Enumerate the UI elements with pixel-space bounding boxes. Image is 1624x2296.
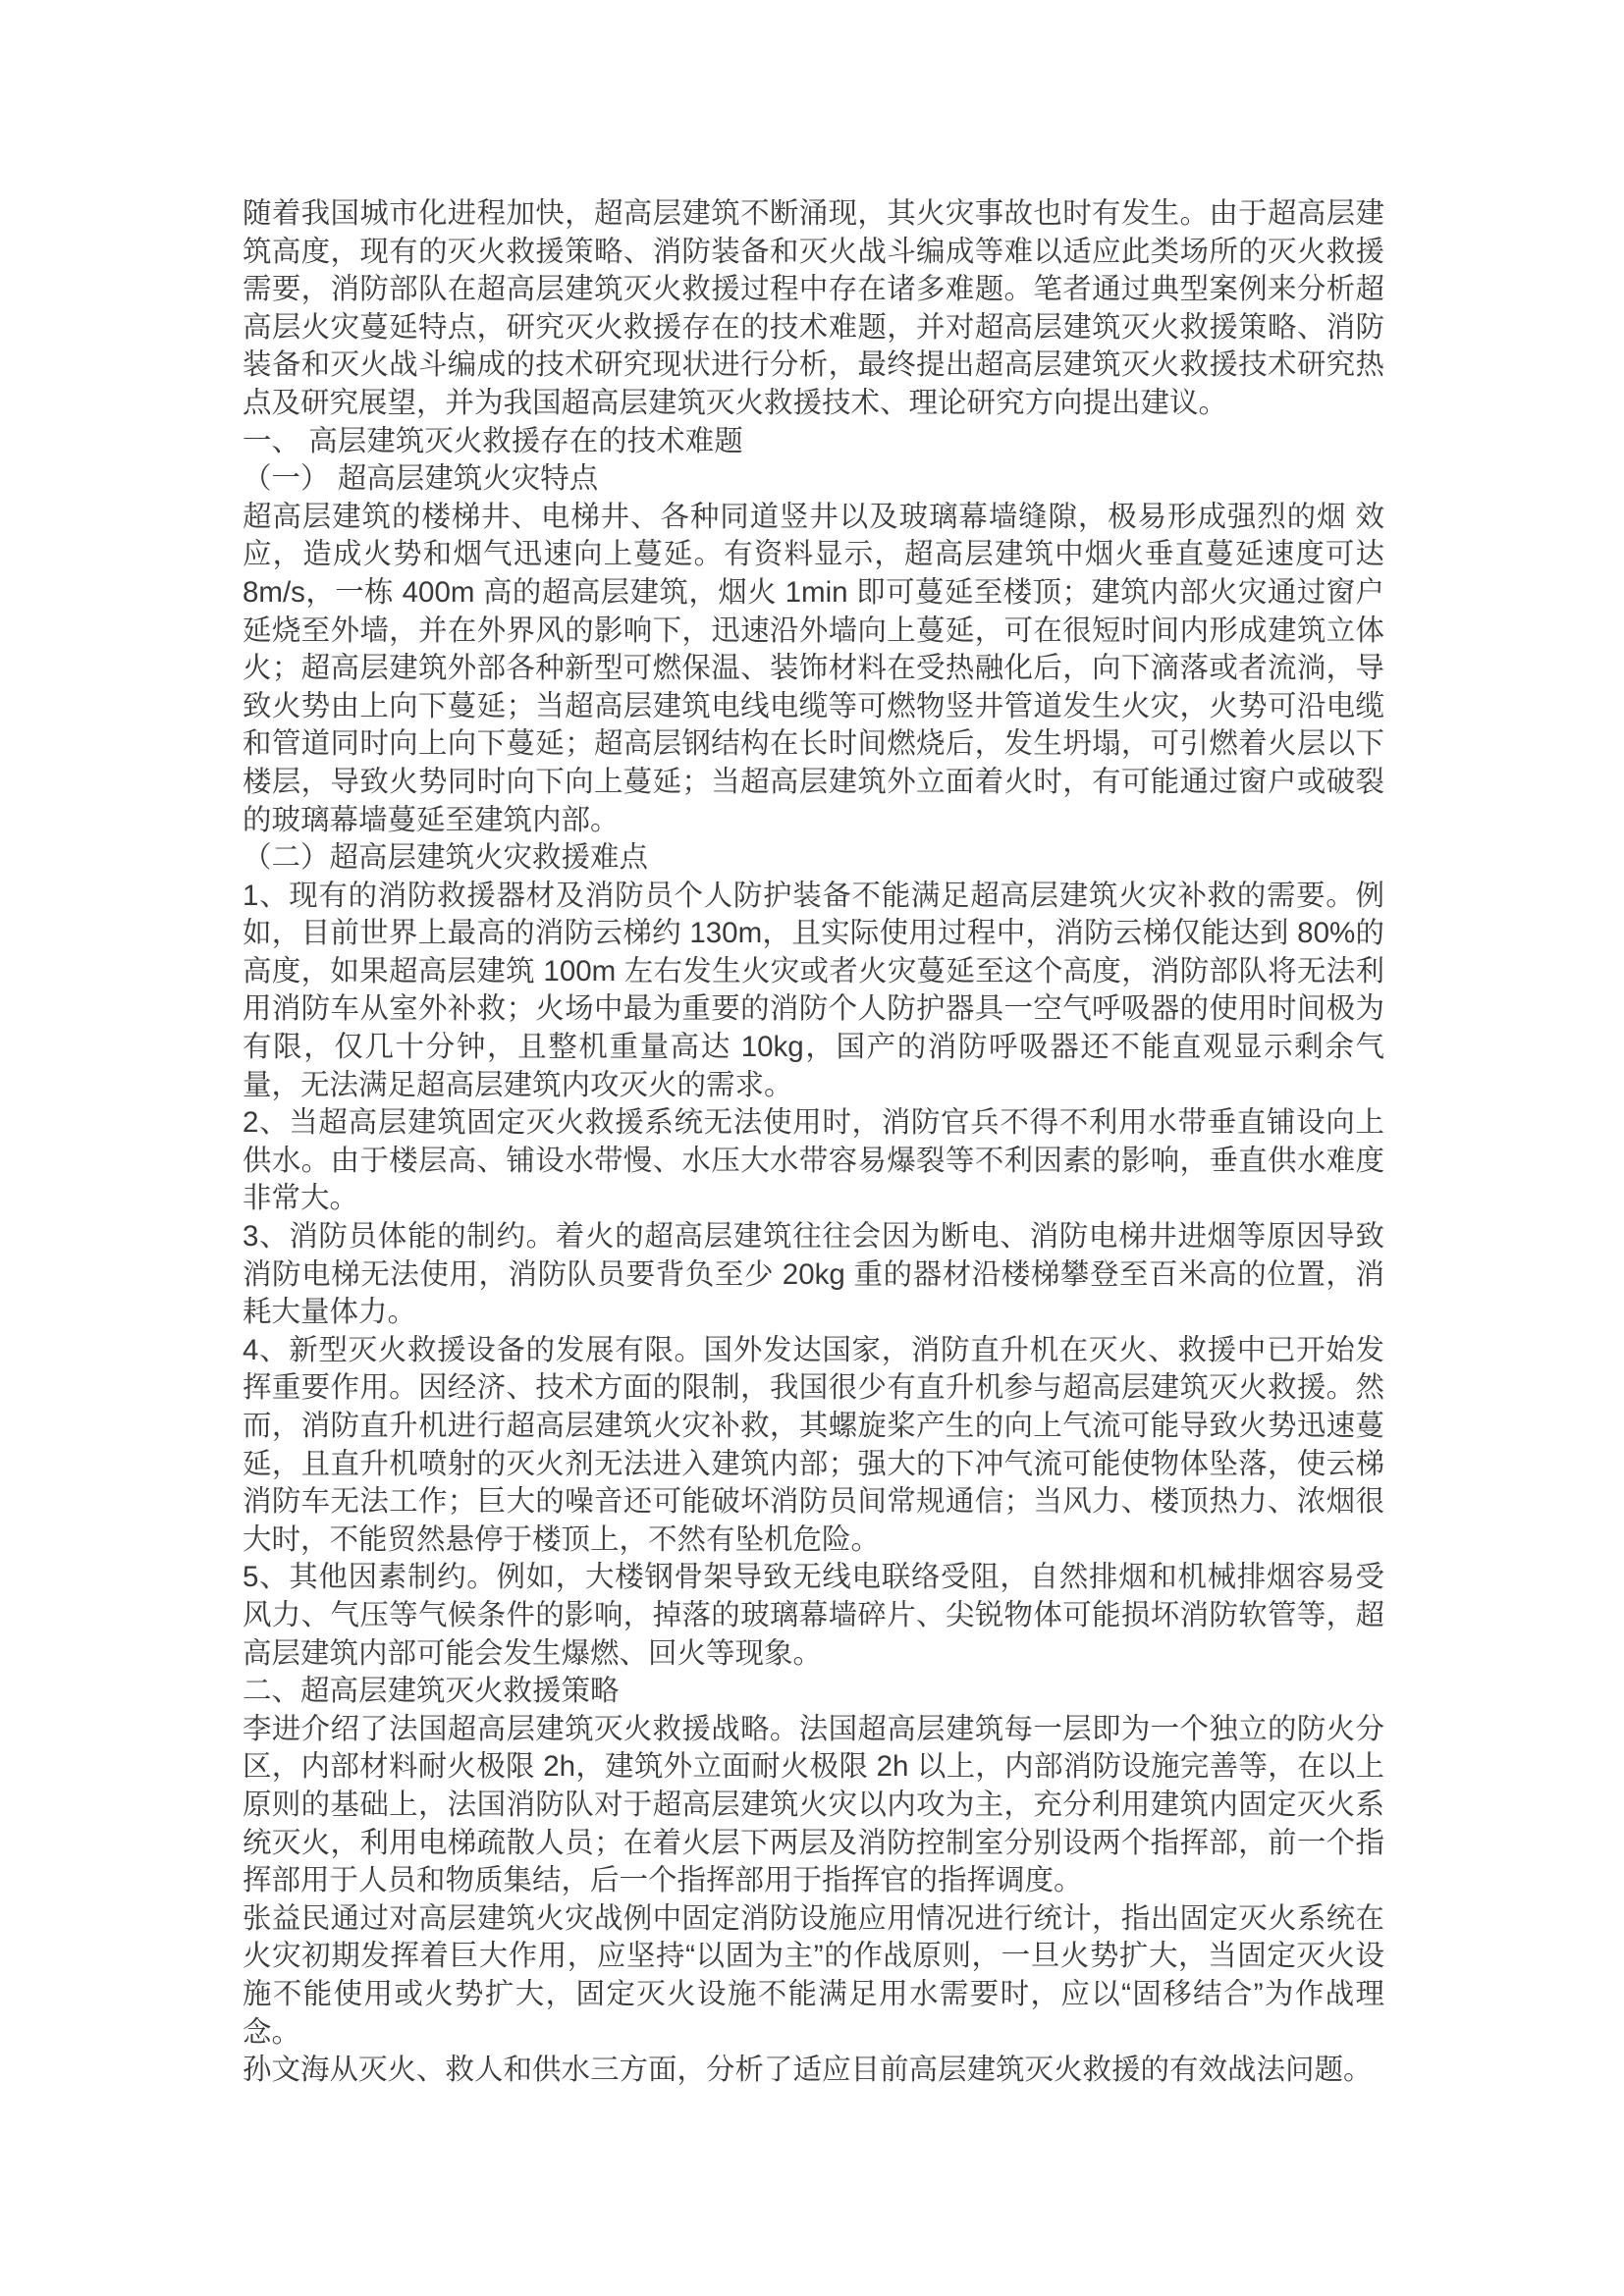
fire-characteristics-paragraph: 超高层建筑的楼梯井、电梯井、各种同道竖井以及玻璃幕墙缝隙，极易形成强烈的烟 效应… (243, 499, 1384, 839)
document-page: 随着我国城市化进程加快，超高层建筑不断涌现，其火灾事故也时有发生。由于超高层建筑… (0, 0, 1624, 2296)
strategy-paragraph-sunwenhai: 孙文海从灭火、救人和供水三方面，分析了适应目前高层建筑灭火救援的有效战法问题。 (243, 2052, 1384, 2090)
rescue-difficulty-item-4: 4、新型灭火救援设备的发展有限。国外发达国家，消防直升机在灭火、救援中已开始发挥… (243, 1332, 1384, 1560)
section-2-heading: 二、超高层建筑灭火救援策略 (243, 1673, 1384, 1711)
document-text-body: 随着我国城市化进程加快，超高层建筑不断涌现，其火灾事故也时有发生。由于超高层建筑… (243, 195, 1384, 2090)
section-1-2-heading: （二）超高层建筑火灾救援难点 (243, 839, 1384, 878)
strategy-paragraph-lijin: 李进介绍了法国超高层建筑灭火救援战略。法国超高层建筑每一层即为一个独立的防火分区… (243, 1711, 1384, 1900)
intro-paragraph: 随着我国城市化进程加快，超高层建筑不断涌现，其火灾事故也时有发生。由于超高层建筑… (243, 195, 1384, 423)
rescue-difficulty-item-5: 5、其他因素制约。例如，大楼钢骨架导致无线电联络受阻，自然排烟和机械排烟容易受风… (243, 1559, 1384, 1673)
strategy-paragraph-zhangyimin: 张益民通过对高层建筑火灾战例中固定消防设施应用情况进行统计，指出固定灭火系统在火… (243, 1900, 1384, 2052)
section-1-heading: 一、 高层建筑灭火救援存在的技术难题 (243, 423, 1384, 461)
rescue-difficulty-item-3: 3、消防员体能的制约。着火的超高层建筑往往会因为断电、消防电梯井进烟等原因导致消… (243, 1218, 1384, 1332)
section-1-1-heading: （一） 超高层建筑火灾特点 (243, 460, 1384, 499)
rescue-difficulty-item-1: 1、现有的消防救援器材及消防员个人防护装备不能满足超高层建筑火灾补救的需要。例如… (243, 878, 1384, 1105)
rescue-difficulty-item-2: 2、当超高层建筑固定灭火救援系统无法使用时，消防官兵不得不利用水带垂直铺设向上供… (243, 1104, 1384, 1218)
